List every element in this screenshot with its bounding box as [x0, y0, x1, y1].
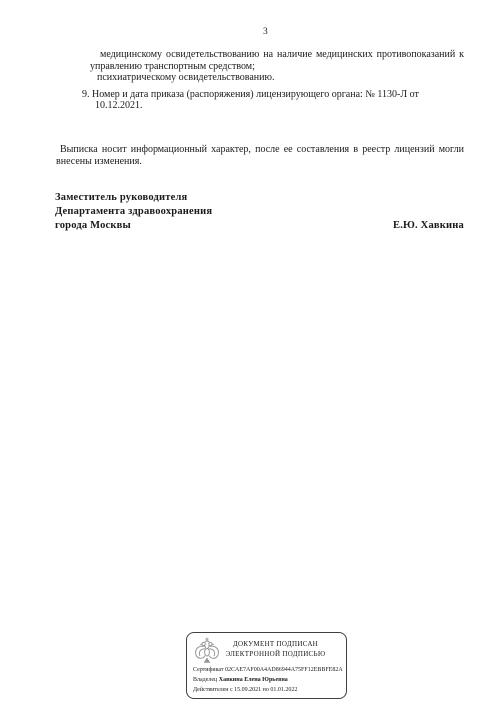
certificate-label: Сертификат: [193, 667, 224, 673]
stamp-certificate-line: Сертификат 02CAE7AF00A4AD86944A75FF12EBB…: [193, 666, 343, 674]
note-line-2: внесены изменения.: [56, 156, 142, 168]
signer-title-line-2: Департамента здравоохранения: [55, 206, 212, 217]
stamp-header-line-2: ЭЛЕКТРОННОЙ ПОДПИСЬЮ: [207, 649, 344, 659]
paragraph-medical-line-1: медицинскому освидетельствованию на нали…: [100, 49, 464, 61]
certificate-value: 02CAE7AF00A4AD86944A75FF12EBBFE82A: [225, 667, 343, 673]
owner-label: Владелец: [193, 677, 217, 683]
stamp-owner-line: Владелец Хавкина Елена Юрьевна: [193, 676, 288, 684]
stamp-validity-line: Действителен с 15.09.2021 по 01.01.2022: [193, 686, 297, 694]
stamp-header-line-1: ДОКУМЕНТ ПОДПИСАН: [207, 639, 344, 649]
note-line-1: Выписка носит информационный характер, п…: [60, 144, 464, 156]
list-item-9-line-2: 10.12.2021.: [95, 100, 143, 112]
stamp-header: ДОКУМЕНТ ПОДПИСАН ЭЛЕКТРОННОЙ ПОДПИСЬЮ: [207, 639, 344, 659]
electronic-signature-stamp: ДОКУМЕНТ ПОДПИСАН ЭЛЕКТРОННОЙ ПОДПИСЬЮ С…: [186, 632, 347, 699]
paragraph-medical-line-3: психиатрическому освидетельствованию.: [97, 72, 274, 84]
signer-title-line-3: города Москвы: [55, 220, 131, 231]
document-page: 3 медицинскому освидетельствованию на на…: [0, 0, 500, 707]
page-number: 3: [263, 27, 268, 37]
signer-title-line-1: Заместитель руководителя: [55, 192, 187, 203]
signer-name: Е.Ю. Хавкина: [393, 220, 464, 231]
owner-name: Хавкина Елена Юрьевна: [219, 677, 288, 683]
